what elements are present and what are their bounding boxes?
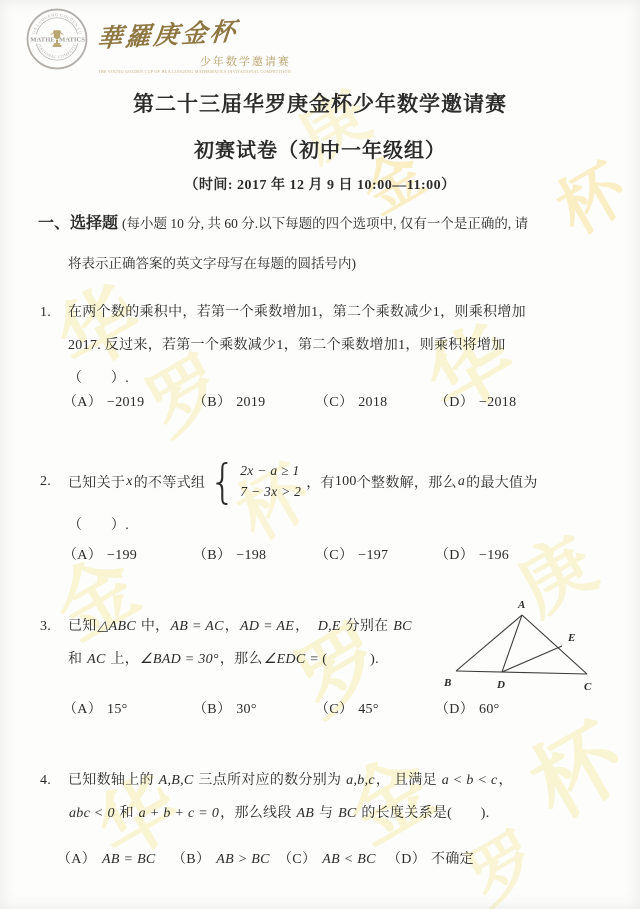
text-segment: ，那么 bbox=[220, 652, 263, 667]
number-segment: 2018 bbox=[358, 395, 387, 410]
text-segment: 的长度关系是( ). bbox=[358, 806, 490, 821]
option-b: （B）−198 bbox=[193, 544, 315, 564]
text-segment: （ ）. bbox=[68, 371, 129, 386]
math-segment: AB = BC bbox=[101, 852, 157, 867]
option-value: −196 bbox=[479, 548, 509, 563]
text-segment: 已知 bbox=[68, 619, 97, 634]
text-segment: 已知关于 bbox=[68, 472, 125, 492]
question-number: 3. bbox=[40, 610, 66, 643]
question-text-line: 在两个数的乘积中，若第一个乘数增加1，第二个乘数减少1，则乘积增加 bbox=[68, 296, 614, 329]
number-segment: −2018 bbox=[479, 395, 516, 410]
option-value: −197 bbox=[358, 548, 388, 563]
option-label: （D） bbox=[435, 548, 474, 563]
math-segment: BC bbox=[337, 806, 358, 821]
text-segment: 中， bbox=[137, 619, 169, 634]
option-label: （B） bbox=[193, 395, 231, 410]
math-segment: ∠EDC bbox=[263, 652, 307, 667]
number-segment: −197 bbox=[358, 548, 388, 563]
option-label: （B） bbox=[172, 852, 210, 867]
brand-calligraphy: 華羅庚金杯 bbox=[96, 9, 293, 55]
brand-subtitle: 少年数学邀请赛 bbox=[98, 53, 291, 69]
option-label: （A） bbox=[63, 702, 102, 717]
section-intro-text: (每小题 10 分, 共 60 分.以下每题的四个选项中, 仅有一个是正确的, … bbox=[122, 216, 528, 231]
math-segment: a < b < c bbox=[441, 773, 499, 788]
brand-subtitle-en: THE YOUNG GOLDEN CUP OF HUA LUOGENG MATH… bbox=[98, 69, 291, 74]
text-segment: 与 bbox=[315, 806, 337, 821]
math-segment: AB < BC bbox=[321, 852, 377, 867]
vertex-label-d: D bbox=[496, 679, 505, 691]
option-value: AB = BC bbox=[101, 852, 157, 867]
text-segment: ， bbox=[225, 619, 239, 634]
system-row: 2x − a ≥ 1 bbox=[239, 461, 302, 482]
number-segment: 100 bbox=[335, 474, 357, 490]
number-segment: 60° bbox=[479, 702, 500, 717]
option-label: （C） bbox=[278, 852, 316, 867]
text-segment: 上， bbox=[107, 652, 139, 667]
text-segment: 2017. 反过来，若第一个乘数减少1，第二个乘数增加1，则乘积将增加 bbox=[68, 338, 506, 353]
text-segment: 的最大值为 bbox=[466, 472, 538, 492]
math-segment: AC bbox=[86, 652, 107, 667]
option-c: （C）AB < BC bbox=[278, 848, 387, 868]
question-4: 4. 已知数轴上的 A,B,C 三点所对应的数分别为 a,b,c， 且满足 a … bbox=[0, 764, 640, 868]
option-value: 不确定 bbox=[431, 852, 474, 867]
vertex-label-b: B bbox=[443, 677, 452, 689]
text-segment: ， bbox=[499, 773, 513, 788]
number-segment: 45° bbox=[358, 702, 379, 717]
exam-title: 第二十三届华罗庚金杯少年数学邀请赛 bbox=[0, 88, 640, 118]
triangle-figure: A B C D E bbox=[437, 595, 615, 699]
option-label: （C） bbox=[315, 395, 353, 410]
option-a: （A）15° bbox=[63, 698, 193, 718]
math-segment: a,b,c bbox=[345, 773, 376, 788]
text-segment: 三点所对应的数分别为 bbox=[195, 773, 346, 788]
text-segment: 和 bbox=[68, 652, 86, 667]
option-label: （B） bbox=[193, 548, 231, 563]
question-text-line: 和 AC 上，∠BAD = 30°，那么∠EDC = ( ). bbox=[68, 643, 440, 676]
option-value: 15° bbox=[107, 702, 128, 717]
math-segment: △ABC bbox=[97, 619, 137, 634]
option-value: AB < BC bbox=[321, 852, 377, 867]
number-segment: −198 bbox=[236, 548, 266, 563]
option-value: −2019 bbox=[107, 395, 144, 410]
option-label: （D） bbox=[435, 395, 474, 410]
mathematics-seal-icon: HUA LUOGENG GOLDEN CUP INVITATIONAL COMP… bbox=[26, 8, 88, 70]
math-segment: AB > BC bbox=[215, 852, 271, 867]
text-segment: ， 且满足 bbox=[376, 773, 441, 788]
text-segment: （ ）. bbox=[68, 518, 129, 533]
option-label: （A） bbox=[63, 548, 102, 563]
question-1: 1. 在两个数的乘积中，若第一个乘数增加1，第二个乘数减少1，则乘积增加 201… bbox=[0, 296, 640, 411]
option-a: （A）AB = BC bbox=[57, 848, 172, 868]
option-a: （A）−2019 bbox=[63, 391, 193, 411]
options-row: （A）−199 （B）−198 （C）−197 （D）−196 bbox=[63, 544, 640, 564]
system-brace: { bbox=[209, 461, 236, 503]
section-intro-line2: 将表示正确答案的英文字母写在每题的圆括号内) bbox=[38, 252, 622, 272]
text-segment: 和 bbox=[116, 806, 138, 821]
math-segment: BC bbox=[392, 619, 413, 634]
section-intro-line1: 一、选择题(每小题 10 分, 共 60 分.以下每题的四个选项中, 仅有一个是… bbox=[38, 210, 622, 233]
system-row: 7 − 3x > 2 bbox=[239, 482, 302, 503]
question-number: 1. bbox=[40, 296, 66, 329]
math-segment: AD = AE bbox=[239, 619, 295, 634]
option-d: （D）−196 bbox=[435, 544, 509, 564]
number-segment: −196 bbox=[479, 548, 509, 563]
option-label: （D） bbox=[387, 852, 426, 867]
option-value: 60° bbox=[479, 702, 500, 717]
option-b: （B）2019 bbox=[193, 391, 315, 411]
option-b: （B）AB > BC bbox=[172, 848, 278, 868]
exam-paper-page: 华 罗 庚 金 杯 华 金 杯 罗 庚 华 金 杯 罗 HUA LUOGENG … bbox=[0, 0, 640, 909]
competition-logo: HUA LUOGENG GOLDEN CUP INVITATIONAL COMP… bbox=[26, 8, 291, 74]
seal-band-right-text: MATICS bbox=[59, 37, 85, 44]
vertex-label-c: C bbox=[584, 681, 592, 693]
question-text-line: 已知数轴上的 A,B,C 三点所对应的数分别为 a,b,c， 且满足 a < b… bbox=[68, 764, 614, 797]
option-d: （D）60° bbox=[435, 698, 500, 718]
math-segment: abc < 0 bbox=[68, 806, 116, 821]
option-value: −199 bbox=[107, 548, 137, 563]
option-label: （C） bbox=[315, 702, 353, 717]
question-number: 4. bbox=[40, 764, 66, 797]
number-segment: 2019 bbox=[236, 395, 265, 410]
option-c: （C）45° bbox=[315, 698, 435, 718]
inequality-system: {2x − a ≥ 17 − 3x > 2 bbox=[209, 461, 302, 503]
system-rows: 2x − a ≥ 17 − 3x > 2 bbox=[239, 461, 302, 503]
question-text-line: 已知关于 x 的不等式组{2x − a ≥ 17 − 3x > 2，有 100 … bbox=[68, 455, 614, 509]
option-label: （B） bbox=[193, 702, 231, 717]
option-value: −198 bbox=[236, 548, 266, 563]
section-heading: 一、选择题 bbox=[38, 215, 118, 232]
question-number: 2. bbox=[40, 455, 66, 509]
text-segment: 分别在 bbox=[342, 619, 393, 634]
option-value: −2018 bbox=[479, 395, 516, 410]
option-d: （D）不确定 bbox=[387, 848, 474, 868]
option-d: （D）−2018 bbox=[435, 391, 516, 411]
text-segment: 不确定 bbox=[431, 852, 474, 867]
number-segment: −199 bbox=[107, 548, 137, 563]
text-segment: 在两个数的乘积中，若第一个乘数增加1，第二个乘数减少1，则乘积增加 bbox=[68, 305, 526, 320]
question-2: 2. 已知关于 x 的不等式组{2x − a ≥ 17 − 3x > 2，有 1… bbox=[0, 455, 640, 564]
option-value: 45° bbox=[358, 702, 379, 717]
options-row: （A）15° （B）30° （C）45° （D）60° bbox=[63, 698, 640, 718]
exam-subtitle: 初赛试卷（初中一年级组） bbox=[0, 134, 640, 163]
math-segment: AB bbox=[295, 806, 315, 821]
text-segment: ，有 bbox=[306, 472, 335, 492]
question-text-line: abc < 0 和 a + b + c = 0，那么线段 AB 与 BC 的长度… bbox=[68, 797, 614, 830]
option-b: （B）30° bbox=[193, 698, 315, 718]
math-segment: x bbox=[125, 474, 134, 490]
option-label: （D） bbox=[435, 702, 474, 717]
text-segment: ， bbox=[295, 619, 317, 634]
options-row: （A）AB = BC （B）AB > BC （C）AB < BC （D）不确定 bbox=[57, 848, 640, 868]
text-segment: 已知数轴上的 bbox=[68, 773, 158, 788]
math-segment: A,B,C bbox=[158, 773, 195, 788]
option-label: （A） bbox=[57, 852, 96, 867]
seal-band-left-text: MATHE bbox=[30, 37, 55, 44]
number-segment: 15° bbox=[107, 702, 128, 717]
section-choice-questions: 一、选择题(每小题 10 分, 共 60 分.以下每题的四个选项中, 仅有一个是… bbox=[38, 210, 622, 272]
math-segment: ∠BAD = 30° bbox=[139, 652, 220, 667]
exam-time: （时间: 2017 年 12 月 9 日 10:00—11:00） bbox=[0, 174, 640, 194]
question-3: 3. 已知△ABC 中，AB = AC，AD = AE， D,E 分别在 BC … bbox=[0, 610, 640, 718]
question-text-line: 2017. 反过来，若第一个乘数减少1，第二个乘数增加1，则乘积将增加 bbox=[68, 329, 614, 362]
number-segment: 30° bbox=[236, 702, 257, 717]
answer-blank: （ ）. bbox=[68, 509, 614, 542]
option-label: （A） bbox=[63, 395, 102, 410]
question-text-line: 已知△ABC 中，AB = AC，AD = AE， D,E 分别在 BC bbox=[68, 610, 440, 643]
brand-block: 華羅庚金杯 少年数学邀请赛 THE YOUNG GOLDEN CUP OF HU… bbox=[98, 14, 291, 74]
option-value: 30° bbox=[236, 702, 257, 717]
math-segment: a bbox=[457, 474, 466, 490]
option-label: （C） bbox=[315, 548, 353, 563]
text-segment: 个整数解，那么 bbox=[357, 472, 457, 492]
options-row: （A）−2019 （B）2019 （C）2018 （D）−2018 bbox=[63, 391, 640, 411]
text-segment: ，那么线段 bbox=[220, 806, 295, 821]
vertex-label-a: A bbox=[517, 599, 526, 611]
option-c: （C）−197 bbox=[315, 544, 435, 564]
option-a: （A）−199 bbox=[63, 544, 193, 564]
option-value: AB > BC bbox=[215, 852, 271, 867]
math-segment: D,E bbox=[317, 619, 342, 634]
vertex-label-e: E bbox=[567, 632, 576, 644]
math-segment: a + b + c = 0 bbox=[138, 806, 220, 821]
math-segment: AB = AC bbox=[169, 619, 224, 634]
text-segment: 的不等式组 bbox=[134, 472, 206, 492]
number-segment: −2019 bbox=[107, 395, 144, 410]
option-c: （C）2018 bbox=[315, 391, 435, 411]
option-value: 2019 bbox=[236, 395, 265, 410]
text-segment: = ( ). bbox=[307, 652, 379, 667]
option-value: 2018 bbox=[358, 395, 387, 410]
